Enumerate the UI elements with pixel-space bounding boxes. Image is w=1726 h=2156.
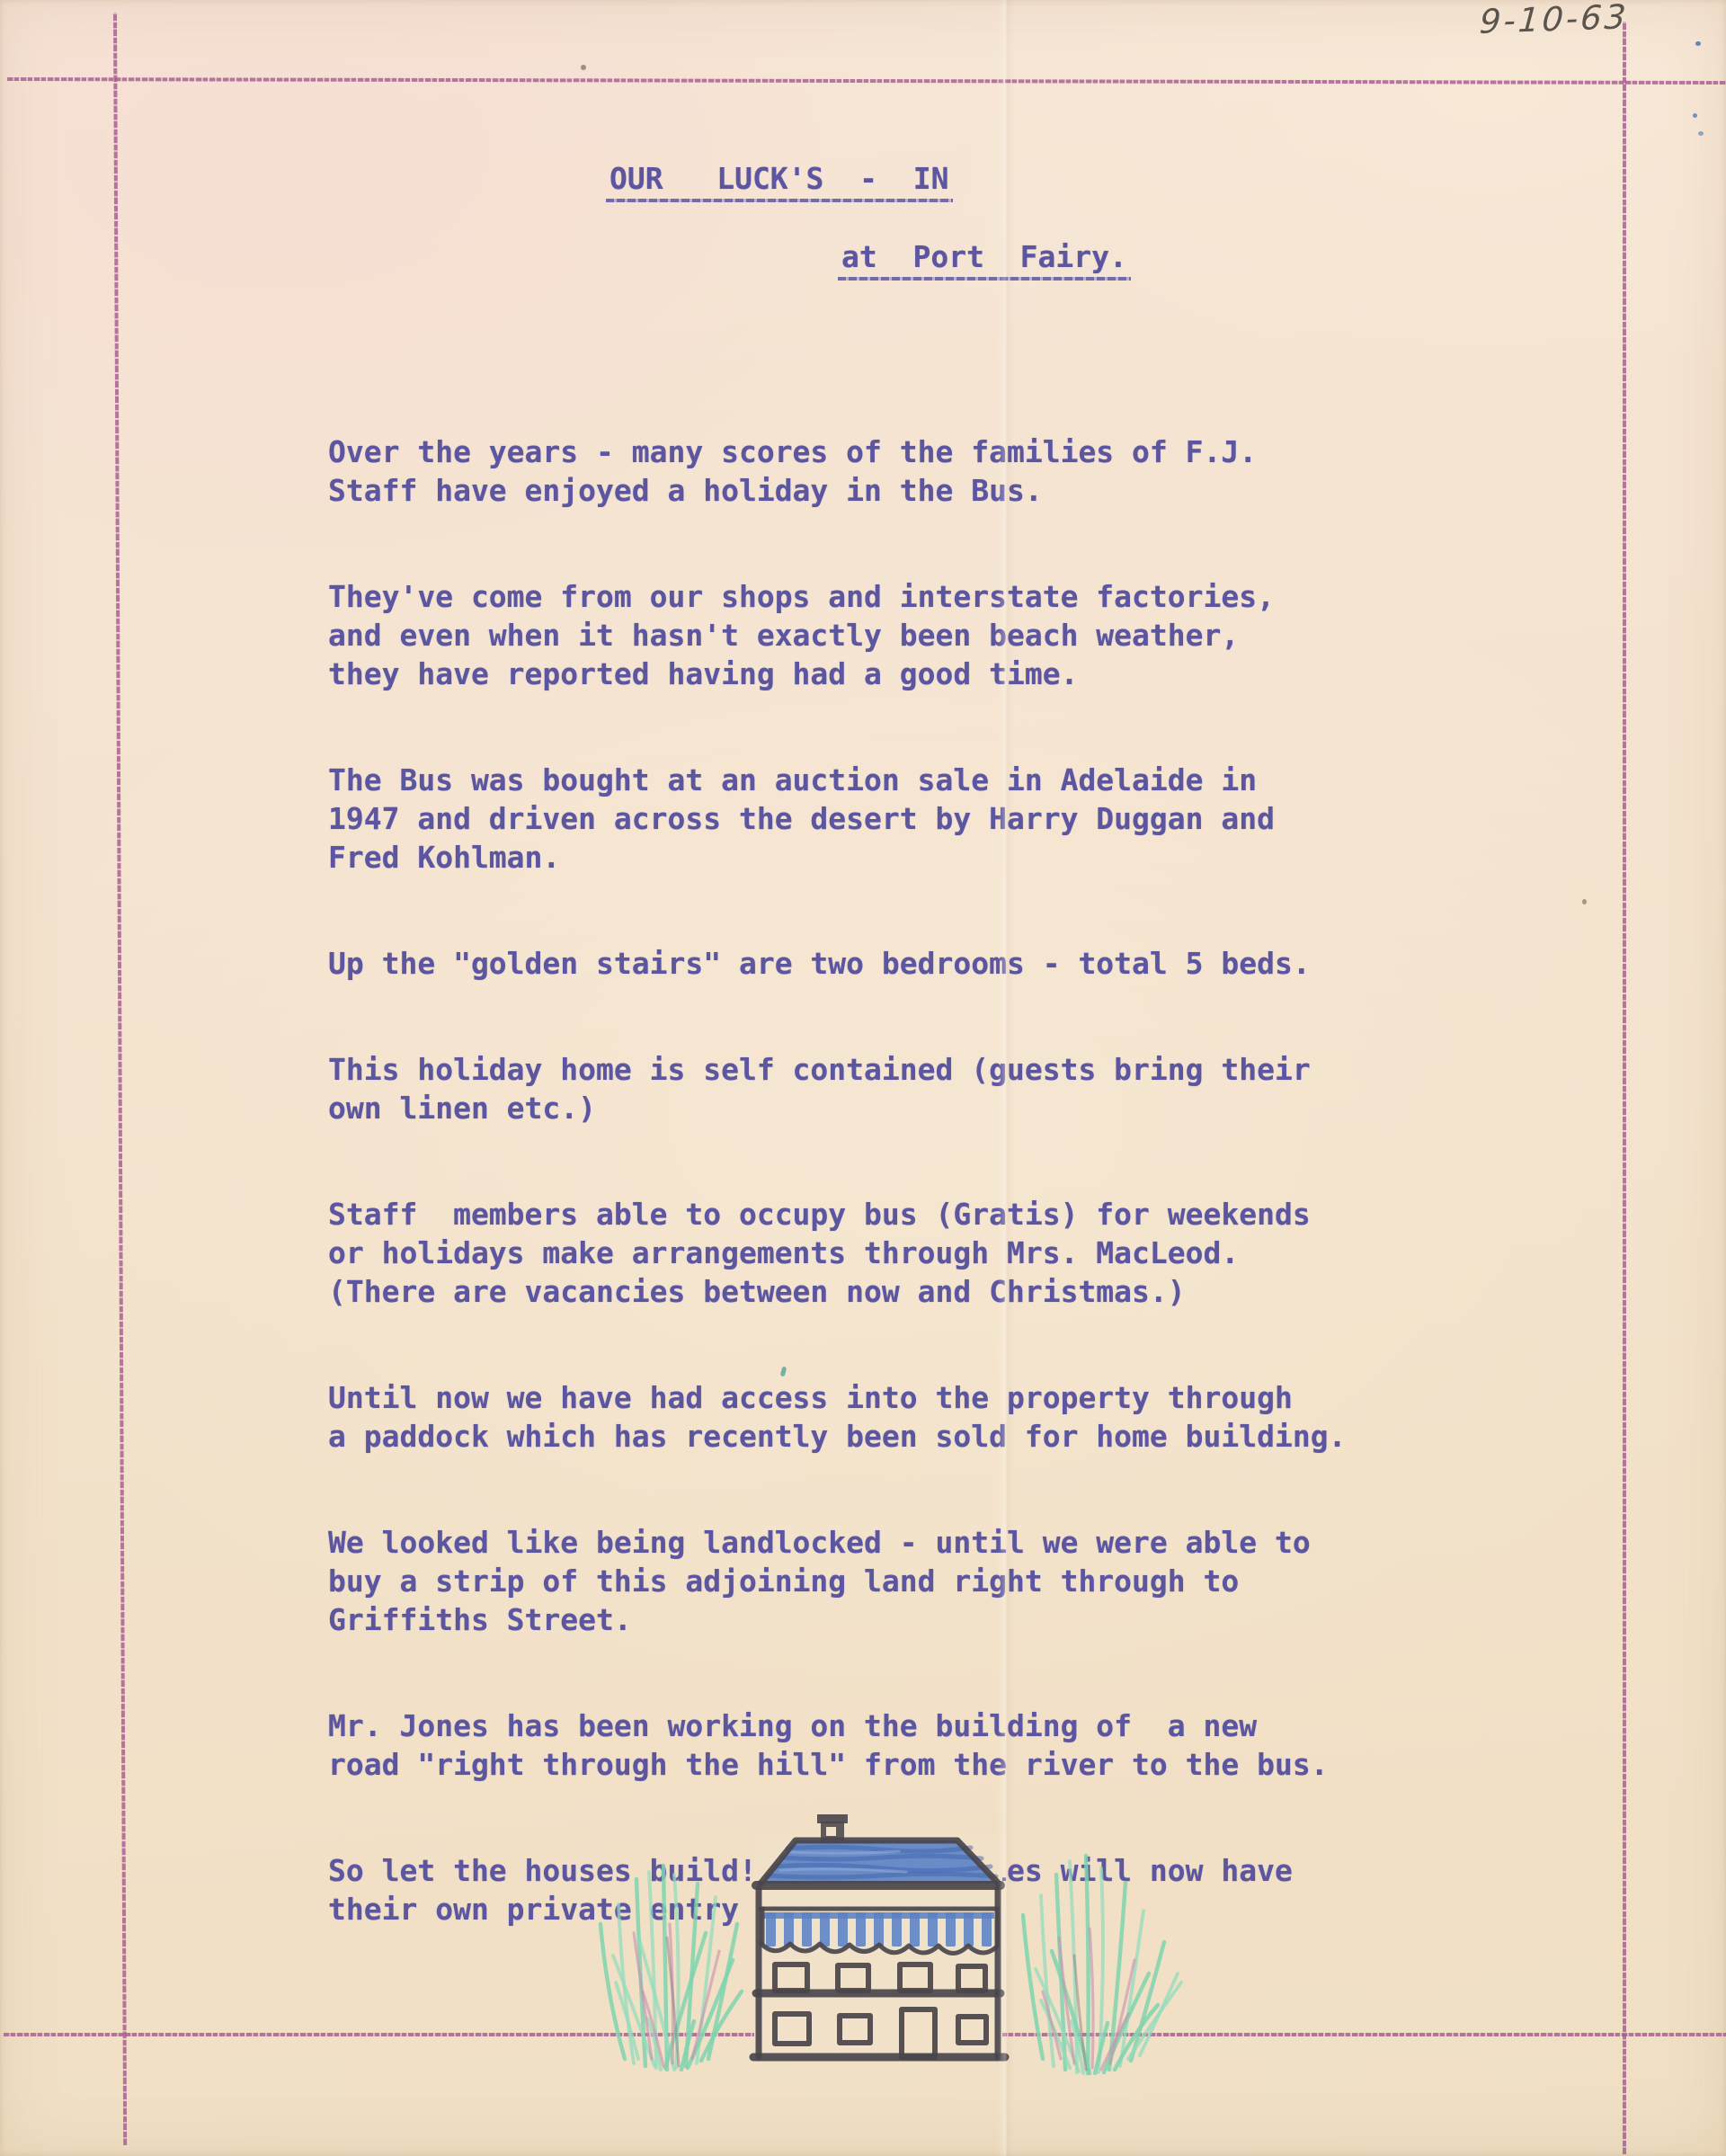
paragraph: Until now we have had access into the pr… [328, 1378, 1461, 1456]
paragraph: Mr. Jones has been working on the buildi… [328, 1706, 1461, 1784]
ink-speck [581, 65, 586, 70]
paragraph: This holiday home is self contained (gue… [328, 1050, 1461, 1127]
border-rule-top [7, 77, 1726, 85]
scanned-newsletter-page: 9-10-63 OUR LUCK'S - IN at Port Fairy. O… [0, 0, 1726, 2156]
house-illustration [539, 1789, 1223, 2099]
border-rule-left [113, 13, 127, 2145]
ink-speck [1695, 41, 1701, 46]
grass-tuft-right [1023, 1856, 1181, 2073]
roof [761, 1840, 999, 1884]
paragraph: They've come from our shops and intersta… [328, 577, 1461, 693]
paragraph: Up the "golden stairs" are two bedrooms … [328, 944, 1461, 983]
handwritten-date: 9-10-63 [1479, 0, 1630, 41]
house [753, 1814, 1005, 2061]
front-door [902, 2009, 935, 2057]
ink-speck [1698, 131, 1704, 136]
title-text: OUR LUCK'S - IN [609, 161, 949, 196]
paragraph: We looked like being landlocked - until … [328, 1523, 1461, 1639]
paragraph: The Bus was bought at an auction sale in… [328, 761, 1461, 877]
paragraph: Over the years - many scores of the fami… [328, 432, 1461, 510]
grass-tuft-left [601, 1866, 742, 2070]
subtitle-text: at Port Fairy. [841, 239, 1127, 274]
page-title-line-2: at Port Fairy. [841, 239, 1127, 274]
paragraph: Staff members able to occupy bus (Gratis… [328, 1195, 1461, 1311]
border-rule-right [1623, 22, 1626, 2154]
page-title-line-1: OUR LUCK'S - IN [609, 161, 949, 196]
document-body: Over the years - many scores of the fami… [328, 398, 1461, 1996]
ink-speck [1693, 113, 1697, 118]
ink-speck [1582, 899, 1587, 904]
